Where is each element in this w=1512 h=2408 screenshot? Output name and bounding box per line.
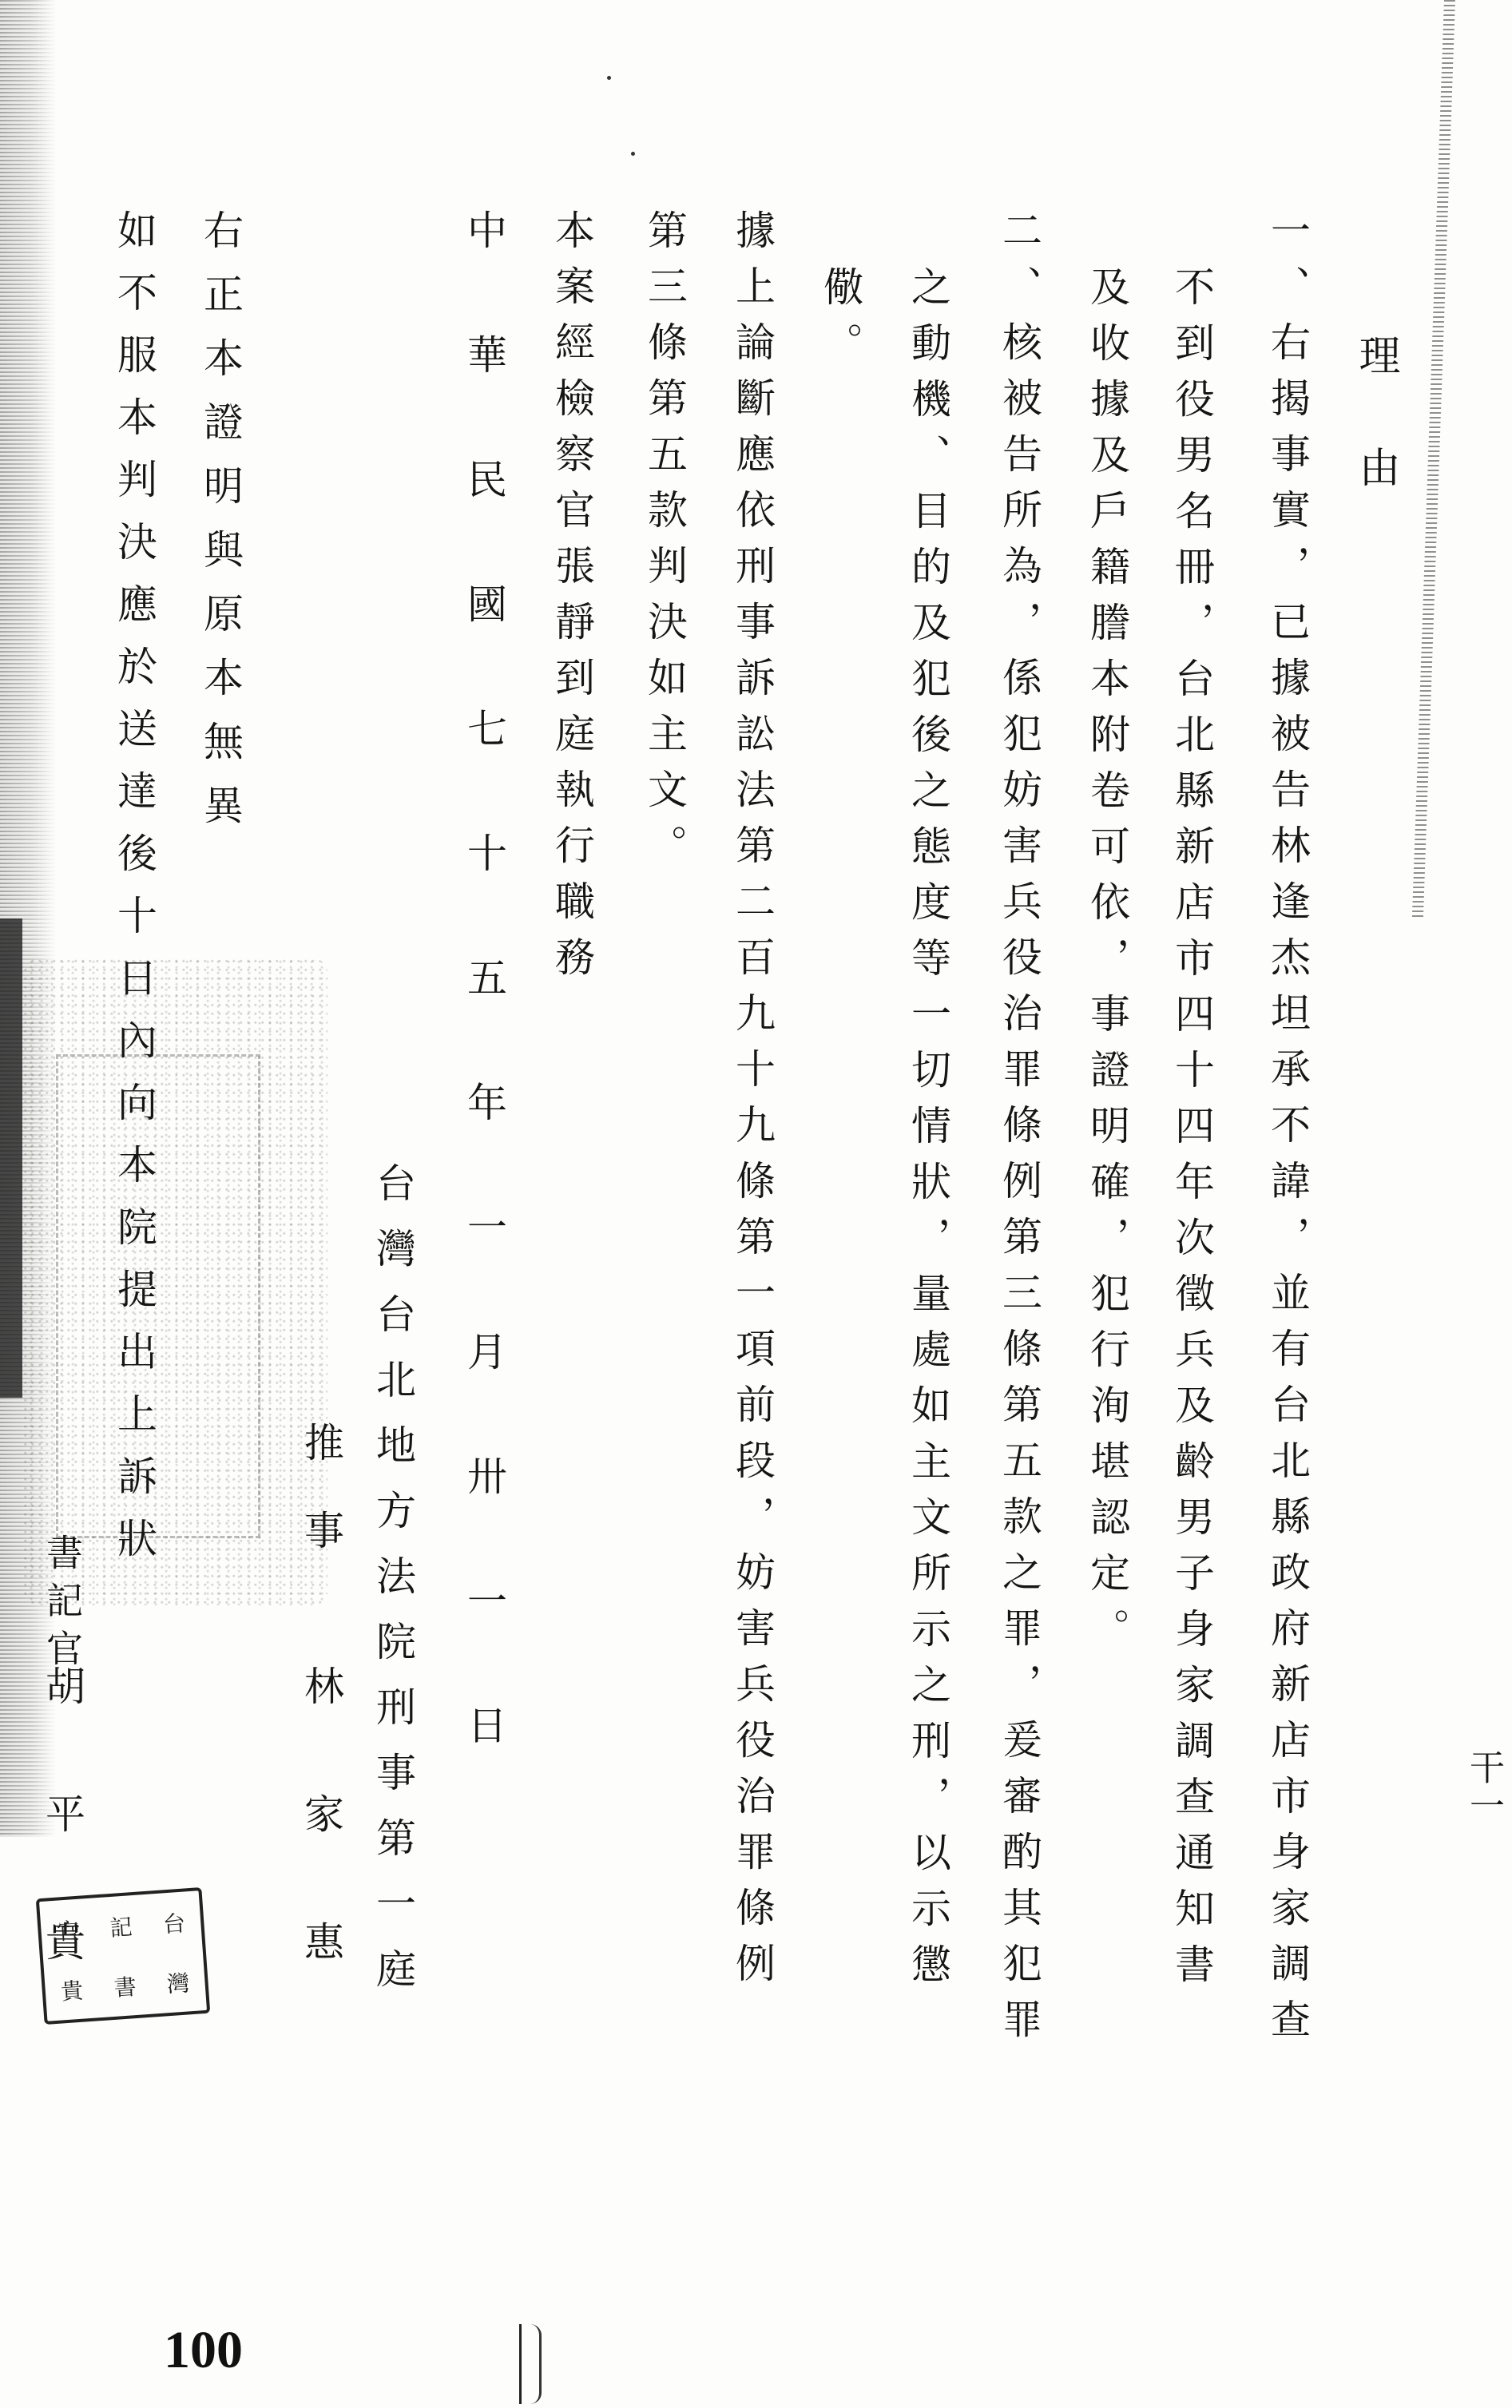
paragraph-line-8: 第三條第五款判決如主文。: [645, 209, 685, 880]
binding-bracket-mark: [519, 2324, 542, 2404]
section-heading: 理由: [1355, 334, 1396, 557]
scan-shadow-left-dark: [0, 918, 22, 1398]
paragraph-line-5: 之動機、目的及犯後之態度等一切情狀，量處如主文所示之刑，以示懲: [908, 266, 948, 1999]
certification-line: 右正本證明與原本無異: [200, 209, 240, 848]
page-edge-marker: 干一: [1458, 1749, 1509, 1826]
paragraph-line-1: 一、右揭事實，已據被告林逢杰坦承不諱，並有台北縣政府新店市身家調查: [1268, 209, 1308, 2054]
appeal-notice: 如不服本判決應於送達後十日內向本院提出上訴狀: [114, 209, 154, 1580]
paragraph-line-6: 儆。: [820, 266, 860, 378]
judge-name: 林家惠: [301, 1665, 341, 2049]
prosecutor-line: 本案經檢察官張靜到庭執行職務: [552, 209, 592, 992]
judgment-date: 中華民國七十五年一月卅一日: [464, 209, 504, 1829]
clerk-title: 書記官: [44, 1533, 81, 1677]
paragraph-line-3: 及收據及戶籍謄本附卷可依，事證明確，犯行洵堪認定。: [1087, 266, 1127, 1664]
paragraph-line-7: 據上論斷應依刑事訴訟法第二百九十九條第一項前段，妨害兵役治罪條例: [732, 209, 772, 1998]
court-name: 台灣台北地方法院刑事第一庭: [373, 1162, 413, 2013]
paragraph-line-2: 不到役男名冊，台北縣新店市四十四年次徵兵及齡男子身家調查通知書: [1172, 266, 1212, 1999]
court-seal-faded: [24, 958, 327, 1605]
scan-edge-right: [1412, 0, 1455, 918]
clerk-seal-stamp: 官 記 台 貴 書 灣: [36, 1887, 211, 2025]
paragraph-line-4: 二、核被告所為，係犯妨害兵役治罪條例第三條第五款之罪，爰審酌其犯罪: [999, 209, 1039, 2054]
judge-title: 推事: [301, 1422, 341, 1597]
page-number: 100: [164, 2320, 243, 2381]
scanned-document-page: 理由 一、右揭事實，已據被告林逢杰坦承不諱，並有台北縣政府新店市身家調查 不到役…: [0, 0, 1512, 2408]
